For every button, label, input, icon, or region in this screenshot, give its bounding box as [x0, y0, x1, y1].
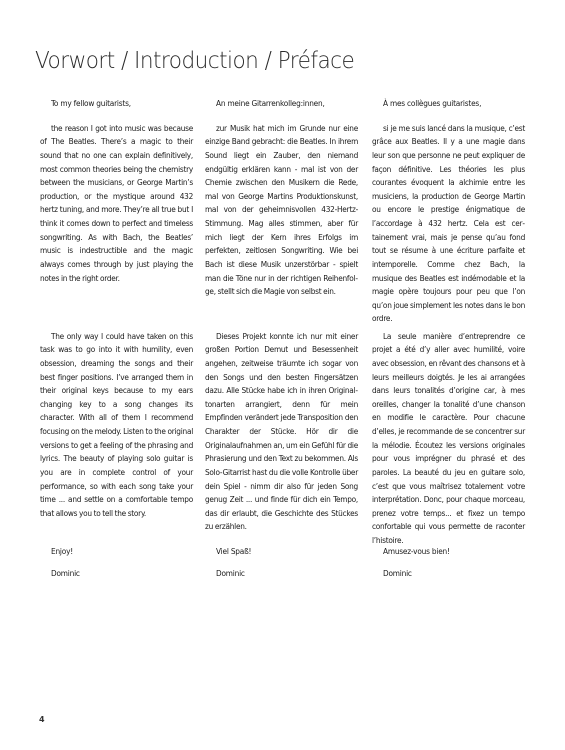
german-paragraph-2: Dieses Projekt konnte ich nur mit einer …: [205, 330, 358, 545]
french-greeting: À mes collègues guitaristes,: [383, 97, 525, 111]
english-greeting: To my fellow guitarists,: [51, 97, 193, 111]
french-closing: Amusez-vous bien!: [383, 545, 525, 559]
german-paragraph-1: zur Musik hat mich im Grunde nur eine ei…: [205, 122, 358, 330]
french-column: À mes collègues guitaristes, si je me su…: [372, 97, 525, 590]
german-column: An meine Gitarrenkolleg:innen, zur Musik…: [205, 97, 358, 590]
english-paragraph-2: The only way I could have taken on this …: [40, 330, 193, 545]
german-signature: Dominic: [216, 567, 358, 581]
french-signature: Dominic: [383, 567, 525, 581]
page-title: Vorwort / Introduction / Préface: [35, 46, 354, 74]
french-paragraph-1: si je me suis lancé dans la mu­sique, c’…: [372, 122, 525, 330]
english-closing: Enjoy!: [51, 545, 193, 559]
french-paragraph-2: La seule manière d’entreprendre ce proje…: [372, 330, 525, 545]
german-greeting: An meine Gitarrenkolleg:innen,: [216, 97, 358, 111]
english-paragraph-1: the reason I got into music was because …: [40, 122, 193, 330]
page-number: 4: [39, 715, 45, 724]
english-column: To my fellow guitarists, the reason I go…: [40, 97, 193, 590]
german-closing: Viel Spaß!: [216, 545, 358, 559]
english-signature: Dominic: [51, 567, 193, 581]
